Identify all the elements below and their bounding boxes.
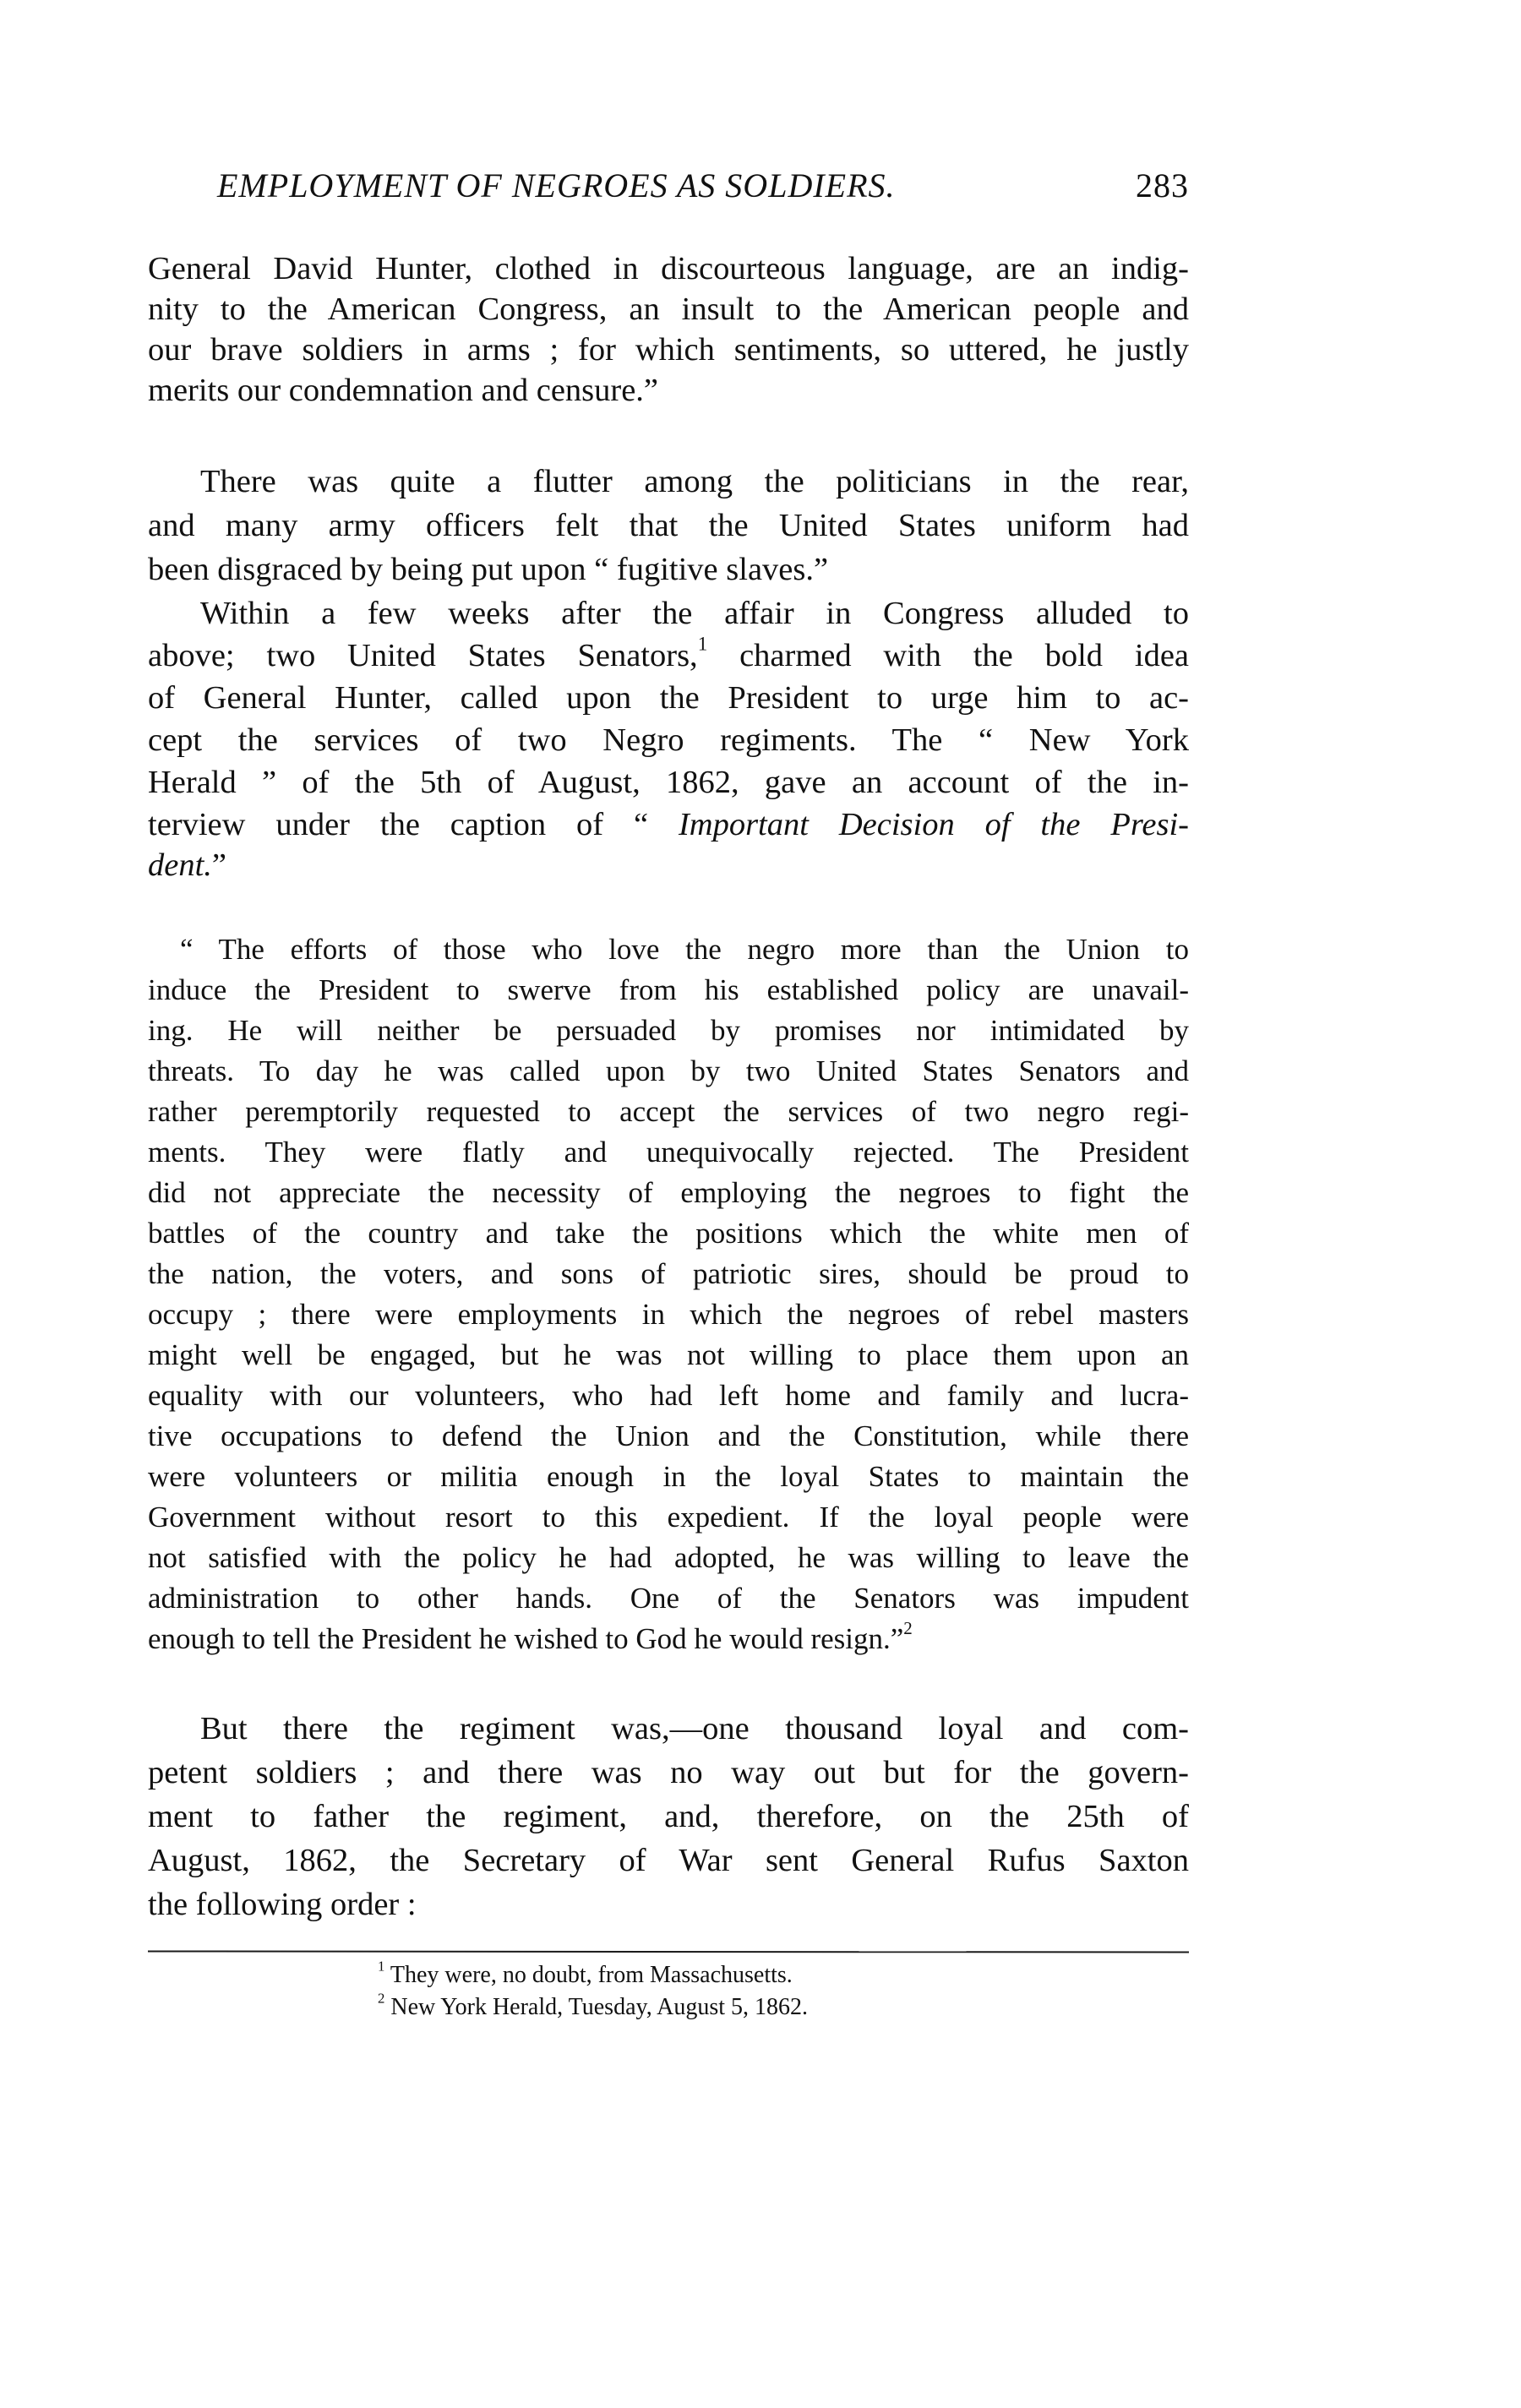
quote-line: were volunteers or militia enough in the…	[148, 1460, 1189, 1502]
footnote-text: New York Herald, Tuesday, August 5, 1862…	[384, 1994, 808, 2020]
quote-line: occupy ; there were employments in which…	[148, 1298, 1189, 1340]
text-line: But there the regiment was,—one thousand…	[148, 1710, 1189, 1752]
text-line: dent.”	[148, 847, 1189, 889]
quote-line: enough to tell the President he wished t…	[148, 1622, 1189, 1664]
footnote-2: 2 New York Herald, Tuesday, August 5, 18…	[378, 1994, 808, 2021]
quote-line: tive occupations to defend the Union and…	[148, 1419, 1189, 1462]
text-segment: above; two United States Senators,	[148, 638, 698, 673]
footnote-text: They were, no doubt, from Massachusetts.	[384, 1962, 792, 1988]
quote-line: did not appreciate the necessity of empl…	[148, 1176, 1189, 1218]
page-number: 283	[1136, 166, 1189, 205]
text-segment: enough to tell the President he wished t…	[148, 1622, 903, 1655]
text-line: above; two United States Senators,1 char…	[148, 637, 1189, 679]
quote-line: ing. He will neither be persuaded by pro…	[148, 1014, 1189, 1056]
quote-line: the nation, the voters, and sons of patr…	[148, 1257, 1189, 1299]
italic-caption: dent.	[148, 847, 212, 883]
text-segment: charmed with the bold idea	[707, 638, 1189, 673]
quote-line: battles of the country and take the posi…	[148, 1217, 1189, 1259]
text-line: the following order :	[148, 1886, 1189, 1928]
footnote-ref-1[interactable]: 1	[698, 633, 708, 655]
text-line: cept the services of two Negro regiments…	[148, 722, 1189, 764]
text-line: Herald ” of the 5th of August, 1862, gav…	[148, 764, 1189, 806]
quote-line: Government without resort to this expedi…	[148, 1501, 1189, 1543]
quote-line: rather peremptorily requested to accept …	[148, 1095, 1189, 1137]
text-line: terview under the caption of “ Important…	[148, 806, 1189, 848]
text-line: been disgraced by being put upon “ fugit…	[148, 551, 1189, 593]
text-line: ment to father the regiment, and, theref…	[148, 1798, 1189, 1840]
quote-line: not satisfied with the policy he had ado…	[148, 1541, 1189, 1583]
quote-line: ments. They were flatly and unequivocall…	[148, 1136, 1189, 1178]
footnote-1: 1 They were, no doubt, from Massachusett…	[378, 1962, 793, 1989]
text-line: petent soldiers ; and there was no way o…	[148, 1754, 1189, 1796]
text-line: our brave soldiers in arms ; for which s…	[148, 331, 1189, 373]
text-line: and many army officers felt that the Uni…	[148, 507, 1189, 549]
quote-line: “ The efforts of those who love the negr…	[148, 933, 1189, 975]
text-segment: terview under the caption of “	[148, 807, 679, 842]
italic-caption: Important Decision of the Presi-	[679, 807, 1189, 842]
quote-line: induce the President to swerve from his …	[148, 973, 1189, 1016]
footnote-divider	[148, 1950, 1189, 1953]
running-head: Employment of Negroes as Soldiers. 283	[217, 166, 1189, 208]
footnote-ref-2[interactable]: 2	[903, 1618, 913, 1638]
quote-line: equality with our volunteers, who had le…	[148, 1379, 1189, 1421]
text-line: General David Hunter, clothed in discour…	[148, 250, 1189, 292]
running-title: Employment of Negroes as Soldiers.	[217, 166, 896, 205]
text-line: nity to the American Congress, an insult…	[148, 291, 1189, 333]
quote-line: might well be engaged, but he was not wi…	[148, 1338, 1189, 1381]
text-line: Within a few weeks after the affair in C…	[148, 595, 1189, 637]
text-line: of General Hunter, called upon the Presi…	[148, 679, 1189, 722]
quote-line: threats. To day he was called upon by tw…	[148, 1054, 1189, 1097]
text-line: There was quite a flutter among the poli…	[148, 463, 1189, 505]
text-line: merits our condemnation and censure.”	[148, 372, 1189, 414]
text-segment: ”	[212, 847, 226, 883]
quote-line: administration to other hands. One of th…	[148, 1582, 1189, 1624]
text-line: August, 1862, the Secretary of War sent …	[148, 1842, 1189, 1884]
